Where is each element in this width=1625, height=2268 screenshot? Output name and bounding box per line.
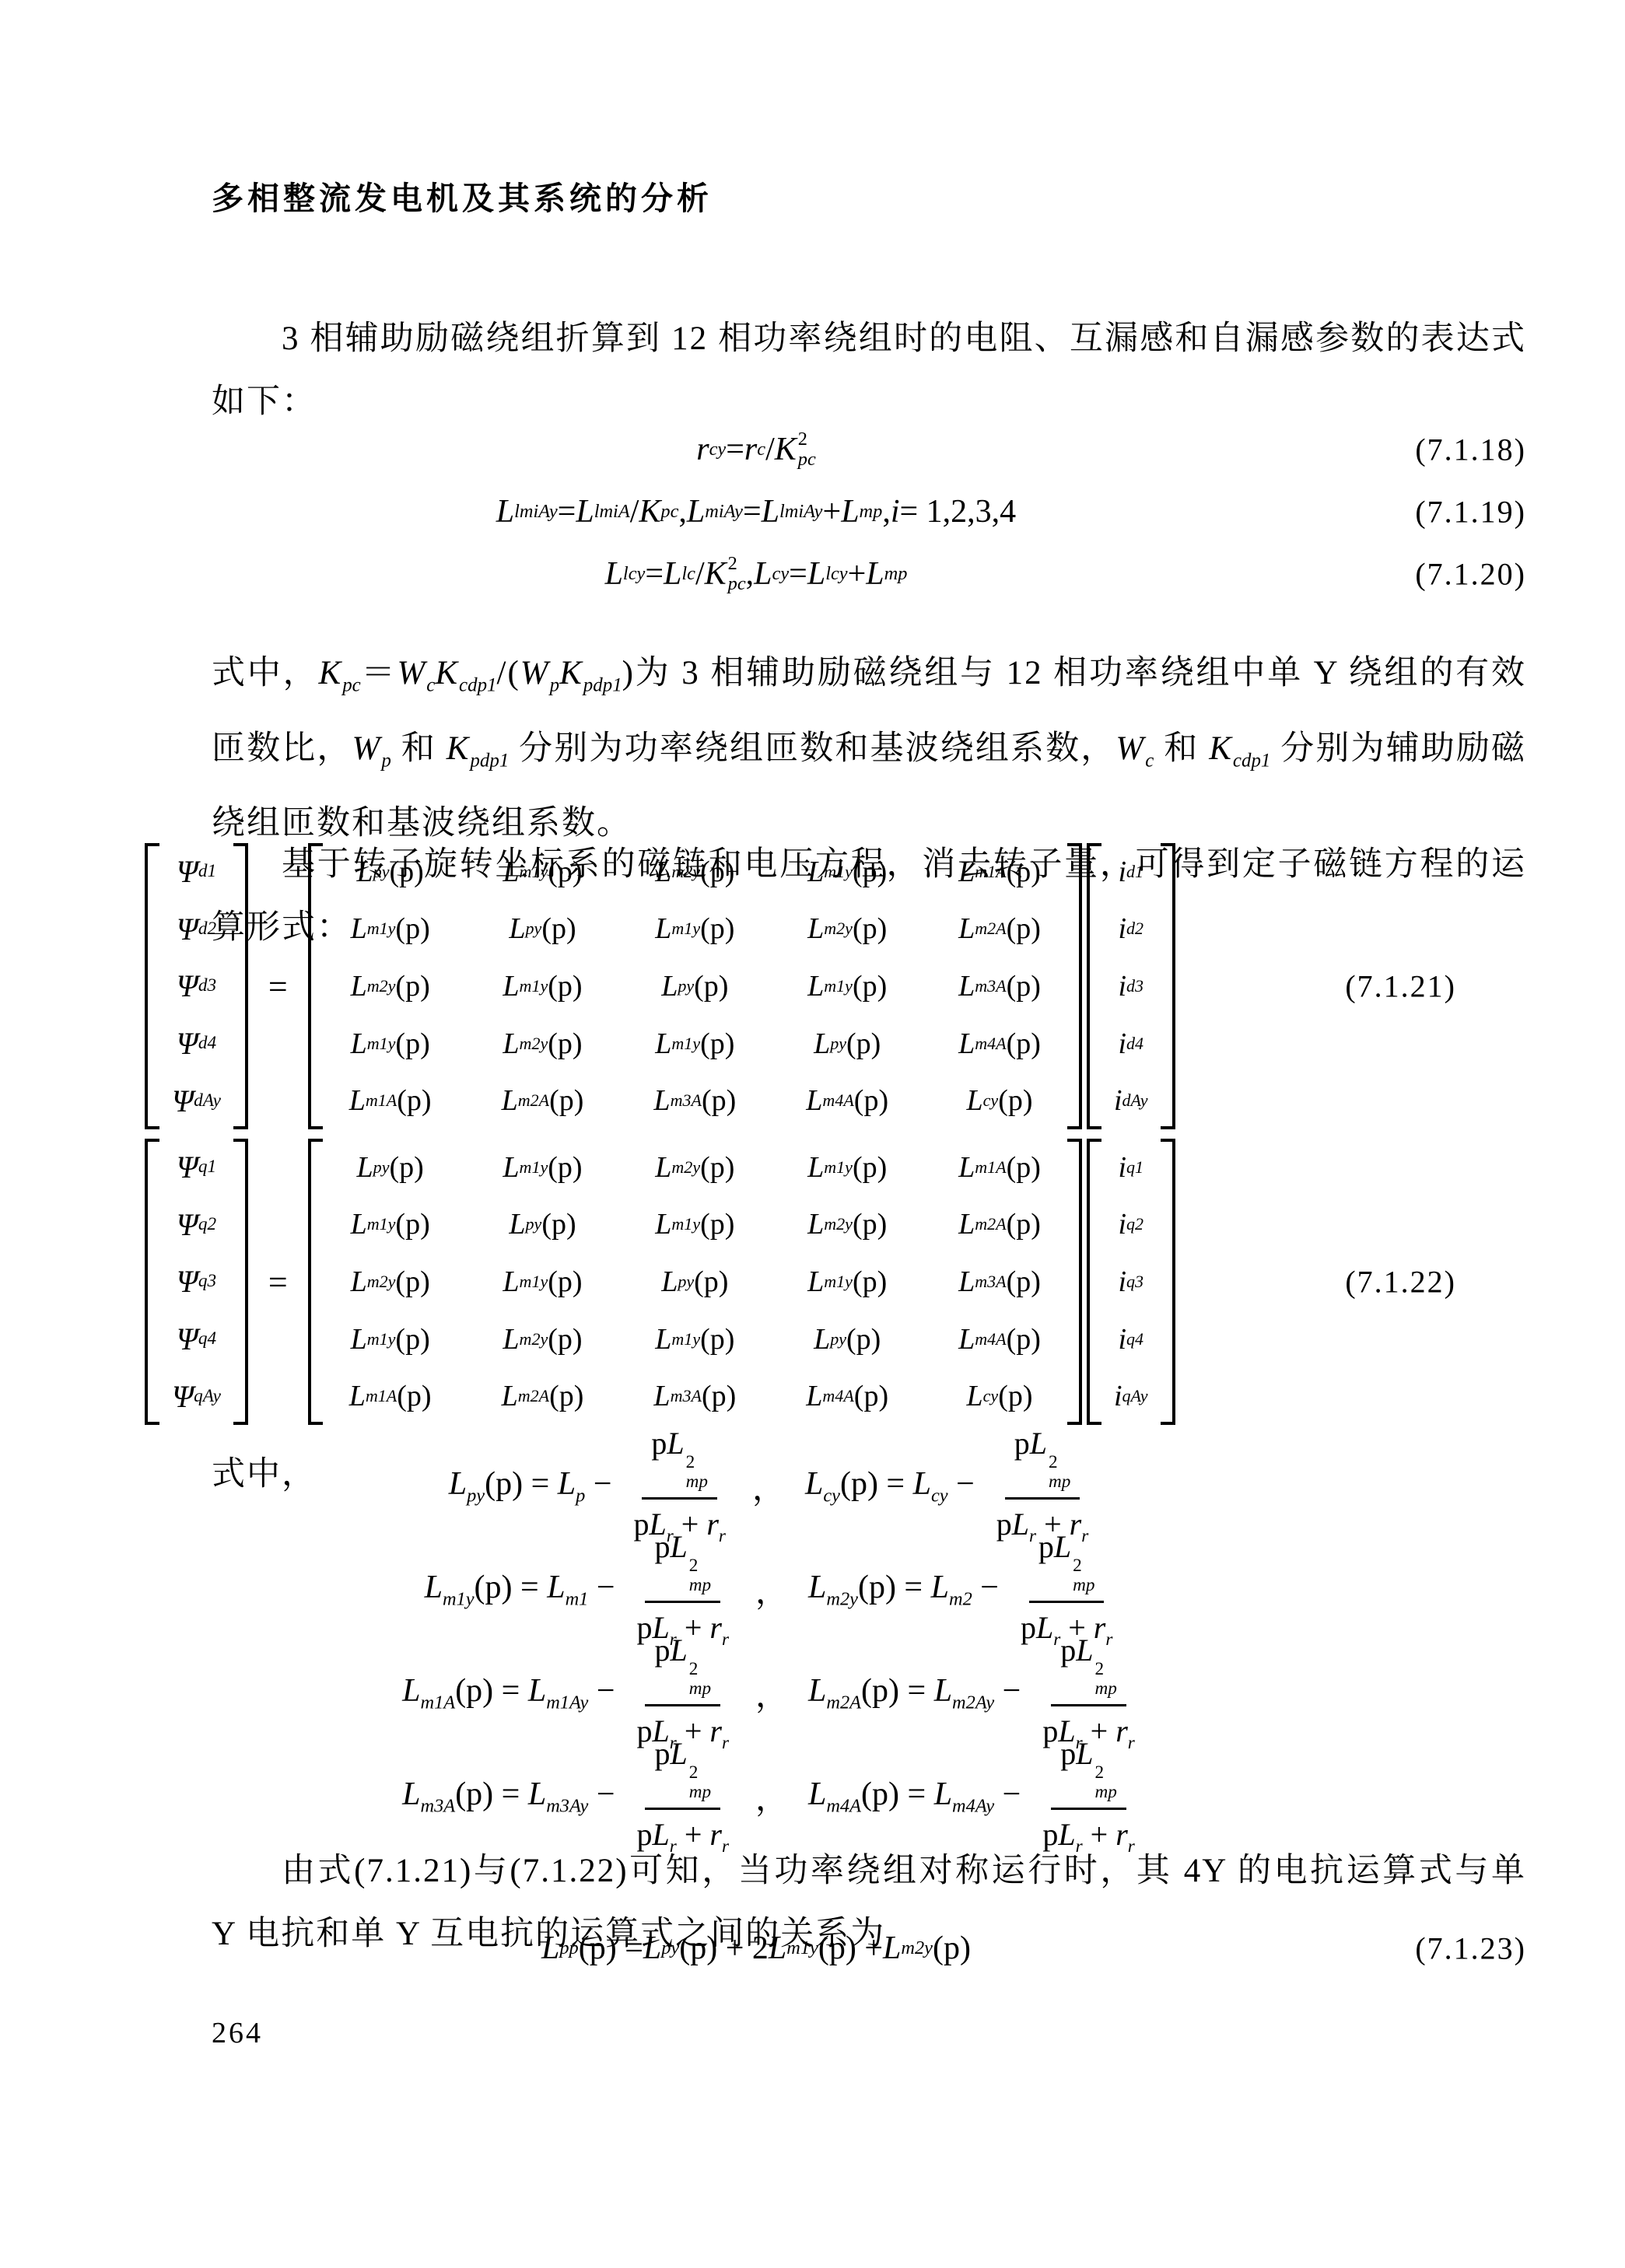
equation-7-1-18: rcy = rc/K2pc (7.1.18) bbox=[212, 422, 1526, 477]
definition-left: Lm1A(p) = Lm1Ay − bbox=[402, 1672, 615, 1713]
stacked-sub-sup: 2mp bbox=[689, 1660, 711, 1698]
matrix-cell: Lm1y(p) bbox=[793, 957, 901, 1014]
matrix-cell: Lm2y(p) bbox=[641, 843, 748, 900]
fraction-numerator: pL2mp bbox=[645, 1527, 720, 1603]
stacked-sub-sup: 2pc bbox=[728, 554, 746, 593]
matrix-bracket bbox=[1067, 1139, 1082, 1425]
equation-expression: Lpp(p) = Lpy(p) + 2Lm1y(p) + Lm2y(p) bbox=[212, 1921, 1301, 1976]
matrix-grid: Lpy(p)Lm1y(p)Lm2y(p)Lm1y(p)Lm1A(p)Lm1y(p… bbox=[323, 1139, 1067, 1425]
matrix-bracket bbox=[308, 1139, 323, 1425]
matrix-cell: Lcy(p) bbox=[946, 1368, 1053, 1425]
equation-7-1-23: Lpp(p) = Lpy(p) + 2Lm1y(p) + Lm2y(p) (7.… bbox=[212, 1921, 1526, 1976]
current-vector-entry: iq1 bbox=[1101, 1139, 1161, 1195]
equation-label: (7.1.20) bbox=[1415, 556, 1526, 593]
fraction-numerator: pL2mp bbox=[1005, 1423, 1080, 1500]
matrix-cell: Lm2y(p) bbox=[793, 901, 901, 957]
matrix-bracket bbox=[1087, 1139, 1101, 1425]
matrix-cell: Lpy(p) bbox=[489, 1196, 597, 1253]
matrix-bracket bbox=[308, 843, 323, 1129]
matrix-bracket bbox=[233, 843, 248, 1129]
book-page: 多相整流发电机及其系统的分析 3 相辅助励磁绕组折算到 12 相功率绕组时的电阻… bbox=[0, 0, 1625, 2268]
matrix-cell: Lm1y(p) bbox=[793, 1139, 901, 1195]
fraction-numerator: pL2mp bbox=[1051, 1734, 1126, 1810]
matrix-cell: Lm1y(p) bbox=[641, 1015, 748, 1072]
matrix-cell: Lm1y(p) bbox=[793, 1253, 901, 1310]
comma: ， bbox=[755, 1670, 788, 1717]
matrix-cell: Lm1A(p) bbox=[337, 1073, 444, 1129]
flux-vector-entry: ΨdAy bbox=[159, 1073, 233, 1129]
inductance-definition-row: Lpy(p) = Lp − pL2mppLr + rr，Lcy(p) = Lcy… bbox=[212, 1434, 1347, 1538]
vector-column: id1id2id3id4idAy bbox=[1101, 843, 1161, 1129]
fraction-numerator: pL2mp bbox=[645, 1630, 720, 1706]
equation-expression: LlmiAy = LlmiA/Kpc , LmiAy = LlmiAy + Lm… bbox=[212, 485, 1301, 539]
paragraph-kpc-definition: 式中，Kpc＝WcKcdp1/(WpKpdp1)为 3 相辅助励磁绕组与 12 … bbox=[212, 642, 1526, 855]
current-vector-entry: iq4 bbox=[1101, 1311, 1161, 1367]
matrix-cell: Lm2y(p) bbox=[641, 1139, 748, 1195]
comma: ， bbox=[755, 1566, 788, 1613]
flux-vector-entry: Ψq2 bbox=[159, 1196, 233, 1253]
stacked-sub-sup: 2mp bbox=[689, 1556, 711, 1594]
matrix-cell: Lpy(p) bbox=[641, 957, 748, 1014]
matrix-cell: Lm3A(p) bbox=[946, 957, 1053, 1014]
vector: id1id2id3id4idAy bbox=[1087, 843, 1175, 1129]
flux-vector-entry: Ψq3 bbox=[159, 1253, 233, 1310]
matrix-cell: Lm4A(p) bbox=[793, 1073, 901, 1129]
matrix-cell: Lm1y(p) bbox=[489, 1253, 597, 1310]
vector: Ψq1Ψq2Ψq3Ψq4ΨqAy bbox=[145, 1139, 248, 1425]
flux-vector-entry: Ψq1 bbox=[159, 1139, 233, 1195]
comma: ， bbox=[752, 1463, 785, 1510]
equation-7-1-20: Llcy = Llc/K2pc , Lcy = Llcy + Lmp (7.1.… bbox=[212, 547, 1526, 601]
definition-right: Lm2A(p) = Lm2Ay − bbox=[808, 1672, 1021, 1713]
vector-column: Ψq1Ψq2Ψq3Ψq4ΨqAy bbox=[159, 1139, 233, 1425]
current-vector-entry: iq3 bbox=[1101, 1253, 1161, 1310]
definition-left: Lm1y(p) = Lm1 − bbox=[425, 1569, 615, 1610]
matrix-equation-7-1-22: Ψq1Ψq2Ψq3Ψq4ΨqAy=Lpy(p)Lm1y(p)Lm2y(p)Lm1… bbox=[145, 1137, 1525, 1426]
matrix-cell: Lm2A(p) bbox=[946, 901, 1053, 957]
equation-label: (7.1.18) bbox=[1415, 432, 1526, 468]
matrix-cell: Lpy(p) bbox=[337, 1139, 444, 1195]
matrix-cell: Lpy(p) bbox=[793, 1015, 901, 1072]
flux-vector-entry: Ψd4 bbox=[159, 1015, 233, 1072]
matrix-cell: Lm1y(p) bbox=[337, 901, 444, 957]
current-vector-entry: id3 bbox=[1101, 957, 1161, 1014]
flux-vector-entry: Ψd3 bbox=[159, 957, 233, 1014]
equation-label: (7.1.22) bbox=[1345, 1264, 1456, 1300]
stacked-sub-sup: 2mp bbox=[686, 1453, 708, 1491]
matrix-bracket bbox=[1087, 843, 1101, 1129]
matrix-cell: Lm2A(p) bbox=[489, 1368, 597, 1425]
inductance-definition-row: Lm1A(p) = Lm1Ay − pL2mppLr + rr，Lm2A(p) … bbox=[212, 1641, 1347, 1745]
matrix-bracket bbox=[145, 843, 159, 1129]
matrix-cell: Lm1A(p) bbox=[337, 1368, 444, 1425]
stacked-sub-sup: 2pc bbox=[798, 429, 816, 469]
inductance-definition-row: Lm1y(p) = Lm1 − pL2mppLr + rr，Lm2y(p) = … bbox=[212, 1538, 1347, 1641]
current-vector-entry: id2 bbox=[1101, 901, 1161, 957]
matrix-cell: Lm4A(p) bbox=[946, 1311, 1053, 1367]
matrix-bracket bbox=[233, 1139, 248, 1425]
matrix-bracket bbox=[1161, 1139, 1175, 1425]
matrix-cell: Lm1y(p) bbox=[337, 1196, 444, 1253]
vector-column: Ψd1Ψd2Ψd3Ψd4ΨdAy bbox=[159, 843, 233, 1129]
matrix-cell: Lpy(p) bbox=[793, 1311, 901, 1367]
matrix-cell: Lm1y(p) bbox=[641, 1196, 748, 1253]
fraction-numerator: pL2mp bbox=[1051, 1630, 1126, 1706]
paragraph-resistance-intro: 3 相辅助励磁绕组折算到 12 相功率绕组时的电阻、互漏感和自漏感参数的表达式如… bbox=[212, 307, 1526, 433]
matrix-bracket bbox=[1067, 843, 1082, 1129]
matrix-cell: Lm1y(p) bbox=[337, 1311, 444, 1367]
matrix-cell: Lcy(p) bbox=[946, 1073, 1053, 1129]
stacked-sub-sup: 2mp bbox=[1073, 1556, 1094, 1594]
definition-right: Lm2y(p) = Lm2 − bbox=[808, 1569, 999, 1610]
page-number: 264 bbox=[212, 2016, 263, 2050]
matrix-cell: Lm1y(p) bbox=[641, 901, 748, 957]
flux-vector-entry: Ψd2 bbox=[159, 901, 233, 957]
matrix-equation-row: Ψd1Ψd2Ψd3Ψd4ΨdAy=Lpy(p)Lm1y(p)Lm2y(p)Lm1… bbox=[145, 842, 1175, 1131]
stacked-sub-sup: 2mp bbox=[689, 1763, 711, 1801]
equation-7-1-19: LlmiAy = LlmiA/Kpc , LmiAy = LlmiAy + Lm… bbox=[212, 485, 1526, 539]
equals-sign: = bbox=[268, 967, 288, 1006]
matrix-grid: Lpy(p)Lm1y(p)Lm2y(p)Lm1y(p)Lm1A(p)Lm1y(p… bbox=[323, 843, 1067, 1129]
matrix-cell: Lpy(p) bbox=[489, 901, 597, 957]
matrix-cell: Lpy(p) bbox=[641, 1253, 748, 1310]
matrix-cell: Lm2y(p) bbox=[489, 1015, 597, 1072]
current-vector-entry: id1 bbox=[1101, 843, 1161, 900]
stacked-sub-sup: 2mp bbox=[1049, 1453, 1070, 1491]
stacked-sub-sup: 2mp bbox=[1095, 1660, 1117, 1698]
stacked-sub-sup: 2mp bbox=[1095, 1763, 1117, 1801]
inductance-definition-row: Lm3A(p) = Lm3Ay − pL2mppLr + rr，Lm4A(p) … bbox=[212, 1745, 1347, 1848]
current-vector-entry: iq2 bbox=[1101, 1196, 1161, 1253]
matrix-cell: Lm4A(p) bbox=[946, 1015, 1053, 1072]
equation-expression: rcy = rc/K2pc bbox=[212, 422, 1301, 477]
comma: ， bbox=[755, 1773, 788, 1820]
definition-right: Lm4A(p) = Lm4Ay − bbox=[808, 1776, 1021, 1817]
matrix-cell: Lm1y(p) bbox=[793, 843, 901, 900]
matrix-cell: Lm1y(p) bbox=[489, 843, 597, 900]
equals-sign: = bbox=[268, 1262, 288, 1302]
equation-label: (7.1.23) bbox=[1415, 1930, 1526, 1967]
fraction-numerator: pL2mp bbox=[1029, 1527, 1105, 1603]
inductance-matrix: Lpy(p)Lm1y(p)Lm2y(p)Lm1y(p)Lm1A(p)Lm1y(p… bbox=[308, 843, 1082, 1129]
current-vector-entry: idAy bbox=[1101, 1073, 1161, 1129]
equation-expression: Llcy = Llc/K2pc , Lcy = Llcy + Lmp bbox=[212, 547, 1301, 601]
equation-label: (7.1.21) bbox=[1345, 968, 1456, 1005]
matrix-bracket bbox=[145, 1139, 159, 1425]
matrix-cell: Lm1A(p) bbox=[946, 1139, 1053, 1195]
matrix-cell: Lm3A(p) bbox=[641, 1368, 748, 1425]
matrix-bracket bbox=[1161, 843, 1175, 1129]
matrix-cell: Lm1y(p) bbox=[641, 1311, 748, 1367]
flux-vector-entry: ΨqAy bbox=[159, 1368, 233, 1425]
fraction-numerator: pL2mp bbox=[645, 1734, 720, 1810]
matrix-cell: Lm1y(p) bbox=[489, 957, 597, 1014]
operator-inductance-definitions: Lpy(p) = Lp − pL2mppLr + rr，Lcy(p) = Lcy… bbox=[212, 1434, 1347, 1848]
definition-right: Lcy(p) = Lcy − bbox=[805, 1465, 975, 1507]
matrix-cell: Lm1A(p) bbox=[946, 843, 1053, 900]
definition-left: Lpy(p) = Lp − bbox=[449, 1465, 612, 1507]
matrix-equation-row: Ψq1Ψq2Ψq3Ψq4ΨqAy=Lpy(p)Lm1y(p)Lm2y(p)Lm1… bbox=[145, 1137, 1175, 1426]
matrix-cell: Lm2A(p) bbox=[946, 1196, 1053, 1253]
matrix-equation-7-1-21: Ψd1Ψd2Ψd3Ψd4ΨdAy=Lpy(p)Lm1y(p)Lm2y(p)Lm1… bbox=[145, 842, 1525, 1131]
matrix-cell: Lm2y(p) bbox=[489, 1311, 597, 1367]
matrix-cell: Lm2y(p) bbox=[793, 1196, 901, 1253]
vector: iq1iq2iq3iq4iqAy bbox=[1087, 1139, 1175, 1425]
vector: Ψd1Ψd2Ψd3Ψd4ΨdAy bbox=[145, 843, 248, 1129]
equation-label: (7.1.19) bbox=[1415, 494, 1526, 530]
definition-left: Lm3A(p) = Lm3Ay − bbox=[402, 1776, 615, 1817]
vector-column: iq1iq2iq3iq4iqAy bbox=[1101, 1139, 1161, 1425]
flux-vector-entry: Ψd1 bbox=[159, 843, 233, 900]
matrix-cell: Lm4A(p) bbox=[793, 1368, 901, 1425]
matrix-cell: Lm2A(p) bbox=[489, 1073, 597, 1129]
inductance-matrix: Lpy(p)Lm1y(p)Lm2y(p)Lm1y(p)Lm1A(p)Lm1y(p… bbox=[308, 1139, 1082, 1425]
matrix-cell: Lm3A(p) bbox=[946, 1253, 1053, 1310]
matrix-cell: Lm2y(p) bbox=[337, 1253, 444, 1310]
matrix-cell: Lpy(p) bbox=[337, 843, 444, 900]
matrix-cell: Lm1y(p) bbox=[337, 1015, 444, 1072]
fraction-numerator: pL2mp bbox=[642, 1423, 717, 1500]
running-head: 多相整流发电机及其系统的分析 bbox=[212, 173, 713, 219]
matrix-cell: Lm3A(p) bbox=[641, 1073, 748, 1129]
matrix-cell: Lm2y(p) bbox=[337, 957, 444, 1014]
flux-vector-entry: Ψq4 bbox=[159, 1311, 233, 1367]
current-vector-entry: iqAy bbox=[1101, 1368, 1161, 1425]
matrix-cell: Lm1y(p) bbox=[489, 1139, 597, 1195]
current-vector-entry: id4 bbox=[1101, 1015, 1161, 1072]
